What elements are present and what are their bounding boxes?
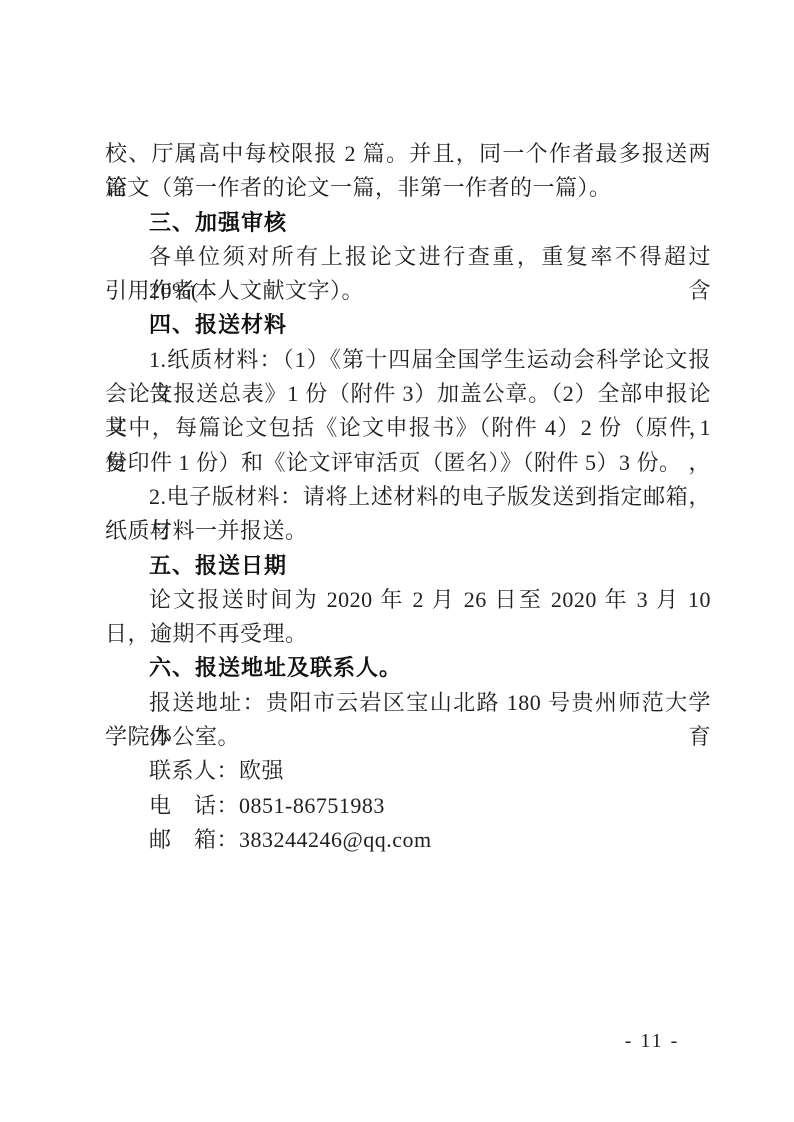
- text-line-contact-name: 联系人：欧强: [105, 754, 711, 788]
- text-line: 日，逾期不再受理。: [105, 617, 711, 651]
- document-body: 校、厅属高中每校限报 2 篇。并且，同一个作者最多报送两篇 论文（第一作者的论文…: [105, 137, 711, 857]
- section-heading-4: 四、报送材料: [105, 308, 711, 342]
- text-line: 纸质材料一并报送。: [105, 514, 711, 548]
- section-heading-3: 三、加强审核: [105, 206, 711, 240]
- text-line-contact-phone: 电 话：0851-86751983: [105, 789, 711, 823]
- text-line: 复印件 1 份）和《论文评审活页（匿名）》（附件 5）3 份。: [105, 446, 711, 480]
- section-heading-6: 六、报送地址及联系人。: [105, 651, 711, 685]
- text-line: 其中，每篇论文包括《论文申报书》（附件 4）2 份（原件 1 份，: [105, 411, 711, 445]
- text-line: 2.电子版材料：请将上述材料的电子版发送到指定邮箱，与: [105, 480, 711, 514]
- text-line: 1.纸质材料：（1）《第十四届全国学生运动会科学论文报告: [105, 343, 711, 377]
- text-line: 论文（第一作者的论文一篇，非第一作者的一篇）。: [105, 171, 711, 205]
- document-page: 校、厅属高中每校限报 2 篇。并且，同一个作者最多报送两篇 论文（第一作者的论文…: [0, 0, 794, 1122]
- text-line: 各单位须对所有上报论文进行查重，重复率不得超过 20%(含: [105, 240, 711, 274]
- section-heading-5: 五、报送日期: [105, 549, 711, 583]
- text-line-contact-email: 邮 箱：383244246@qq.com: [105, 823, 711, 857]
- text-line: 校、厅属高中每校限报 2 篇。并且，同一个作者最多报送两篇: [105, 137, 711, 171]
- text-line-address: 报送地址：贵阳市云岩区宝山北路 180 号贵州师范大学体育: [105, 686, 711, 720]
- text-line-submission-date: 论文报送时间为 2020 年 2 月 26 日至 2020 年 3 月 10: [105, 583, 711, 617]
- text-line: 会论文报送总表》1 份（附件 3）加盖公章。（2）全部申报论文，: [105, 377, 711, 411]
- page-number: - 11 -: [602, 1030, 702, 1053]
